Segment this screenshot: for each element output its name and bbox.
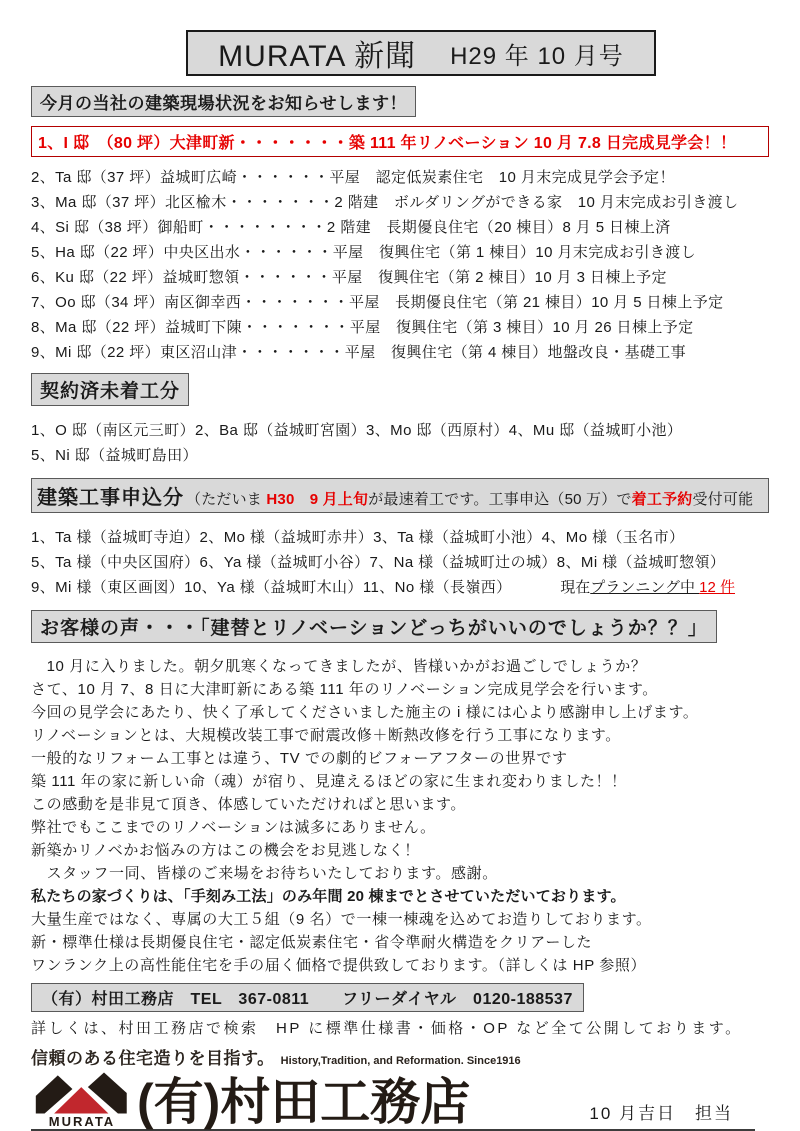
tagline-japanese: 信頼のある住宅造りを目指す。: [31, 1044, 275, 1069]
application-heading-text: 受付可能: [692, 491, 753, 508]
contracted-list: 1、O 邸（南区元三町）2、Ba 邸（益城町宮園）3、Mo 邸（西原村）4、Mu…: [31, 418, 769, 468]
application-heading-title: 建築工事申込分: [37, 487, 184, 509]
newsletter-title-box: MURATA 新聞 H29 年 10 月号: [186, 30, 656, 76]
murata-logo-mark: MURATA: [31, 1071, 133, 1128]
paragraph-line: スタッフ一同、皆様のご来場をお待ちいたしております。感謝。: [31, 862, 769, 885]
application-heading-text: が最速着工です。工事申込（50 万）で: [368, 491, 631, 508]
application-list: 1、Ta 様（益城町寺迫）2、Mo 様（益城町赤井）3、Ta 様（益城町小池）4…: [31, 525, 769, 600]
paragraph-line: 大量生産ではなく、専属の大工５組（9 名）で一棟一棟魂を込めてお造りしております…: [31, 908, 769, 931]
project-line: 2、Ta 邸（37 坪）益城町広崎・・・・・・平屋 認定低炭素住宅 10 月末完…: [31, 165, 769, 190]
newsletter-page: MURATA 新聞 H29 年 10 月号 今月の当社の建築現場状況をお知らせし…: [0, 0, 800, 1131]
planning-label: プランニング中: [590, 579, 699, 596]
project-line: 5、Ha 邸（22 坪）中央区出水・・・・・・平屋 復興住宅（第 1 棟目）10…: [31, 240, 769, 265]
newsletter-title: MURATA 新聞: [218, 31, 416, 75]
planning-count: 12 件: [699, 579, 735, 596]
planning-prefix: 現在: [560, 579, 590, 596]
voice-section-heading: お客様の声・・・「建替とリノベーションどっちがいいのでしょうか？？」: [31, 610, 717, 643]
newsletter-issue: H29 年 10 月号: [450, 36, 624, 71]
project-line: 8、Ma 邸（22 坪）益城町下陳・・・・・・・平屋 復興住宅（第 3 棟目）1…: [31, 315, 769, 340]
murata-logo-label: MURATA: [31, 1115, 133, 1128]
application-line: 9、Mi 様（東区画図）10、Ya 様（益城町木山）11、No 様（長嶺西）: [31, 575, 512, 600]
date-signature-line: 10 月吉日 担当: [589, 1099, 733, 1128]
tagline-english: History,Tradition, and Reformation. Sinc…: [281, 1055, 521, 1067]
application-line: 5、Ta 様（中央区国府）6、Ya 様（益城町小谷）7、Na 様（益城町辻の城）…: [31, 550, 769, 575]
paragraph-line: 一般的なリフォーム工事とは違う、TV での劇的ビフォーアフターの世界です: [31, 747, 769, 770]
project-line: 4、Si 邸（38 坪）御船町・・・・・・・・2 階建 長期優良住宅（20 棟目…: [31, 215, 769, 240]
footer-tagline: 信頼のある住宅造りを目指す。 History,Tradition, and Re…: [31, 1044, 769, 1069]
voice-paragraph: 10 月に入りました。朝夕肌寒くなってきましたが、皆様いかがお過ごしでしょうか？…: [31, 655, 769, 977]
company-logo-text: (有)村田工務店: [137, 1076, 470, 1128]
project-line: 3、Ma 邸（37 坪）北区楡木・・・・・・・2 階建 ボルダリングができる家 …: [31, 190, 769, 215]
murata-houses-icon: [34, 1071, 130, 1115]
paragraph-line: 築 111 年の家に新しい命（魂）が宿り、見違えるほどの家に生まれ変わりました！…: [31, 770, 769, 793]
paragraph-line: リノベーションとは、大規模改装工事で耐震改修＋断熱改修を行う工事になります。: [31, 724, 769, 747]
contracted-line: 5、Ni 邸（益城町島田）: [31, 443, 769, 468]
intro-banner: 今月の当社の建築現場状況をお知らせします！: [31, 86, 416, 117]
paragraph-line: さて、10 月 7、8 日に大津町新にある築 111 年のリノベーション完成見学…: [31, 678, 769, 701]
footer-logo-row: MURATA (有)村田工務店 10 月吉日 担当: [31, 1071, 755, 1131]
application-section-heading: 建築工事申込分（ただいま H30 9 月上旬が最速着工です。工事申込（50 万）…: [31, 478, 769, 513]
planning-count-note: 現在プランニング中 12 件: [560, 576, 735, 597]
featured-project-line: 1、I 邸 （80 坪）大津町新・・・・・・・築 111 年リノベーション 10…: [31, 126, 769, 157]
search-hint-line: 詳しくは、村田工務店で検索 HP に標準仕様書・価格・OP など全て公開しており…: [31, 1017, 769, 1038]
application-heading-red-reserve: 着工予約: [632, 491, 693, 508]
contracted-section-heading: 契約済未着工分: [31, 373, 189, 406]
project-line: 7、Oo 邸（34 坪）南区御幸西・・・・・・・平屋 長期優良住宅（第 21 棟…: [31, 290, 769, 315]
paragraph-line: ワンランク上の高性能住宅を手の届く価格で提供致しております。（詳しくは HP 参…: [31, 954, 769, 977]
paragraph-line: 新築かリノベかお悩みの方はこの機会をお見逃しなく！: [31, 839, 769, 862]
contracted-line: 1、O 邸（南区元三町）2、Ba 邸（益城町宮園）3、Mo 邸（西原村）4、Mu…: [31, 418, 769, 443]
application-heading-text: （ただいま: [186, 491, 266, 508]
project-line: 6、Ku 邸（22 坪）益城町惣領・・・・・・平屋 復興住宅（第 2 棟目）10…: [31, 265, 769, 290]
paragraph-line: 新・標準仕様は長期優良住宅・認定低炭素住宅・省令準耐火構造をクリアーした: [31, 931, 769, 954]
project-line: 9、Mi 邸（22 坪）東区沼山津・・・・・・・平屋 復興住宅（第 4 棟目）地…: [31, 340, 769, 365]
current-projects-list: 2、Ta 邸（37 坪）益城町広崎・・・・・・平屋 認定低炭素住宅 10 月末完…: [31, 165, 769, 365]
contact-info-box: （有）村田工務店 TEL 367-0811 フリーダイヤル 0120-18853…: [31, 983, 584, 1012]
paragraph-line: 弊社でもここまでのリノベーションは滅多にありません。: [31, 816, 769, 839]
paragraph-line: 今回の見学会にあたり、快く了承してくださいました施主の i 様には心より感謝申し…: [31, 701, 769, 724]
paragraph-line: この感動を是非見て頂き、体感していただければと思います。: [31, 793, 769, 816]
paragraph-line: 10 月に入りました。朝夕肌寒くなってきましたが、皆様いかがお過ごしでしょうか？: [31, 655, 769, 678]
paragraph-line-bold: 私たちの家づくりは、「手刻み工法」のみ年間 20 棟までとさせていただいておりま…: [31, 885, 769, 908]
application-heading-red-date: H30 9 月上旬: [266, 491, 368, 508]
application-line: 1、Ta 様（益城町寺迫）2、Mo 様（益城町赤井）3、Ta 様（益城町小池）4…: [31, 525, 769, 550]
